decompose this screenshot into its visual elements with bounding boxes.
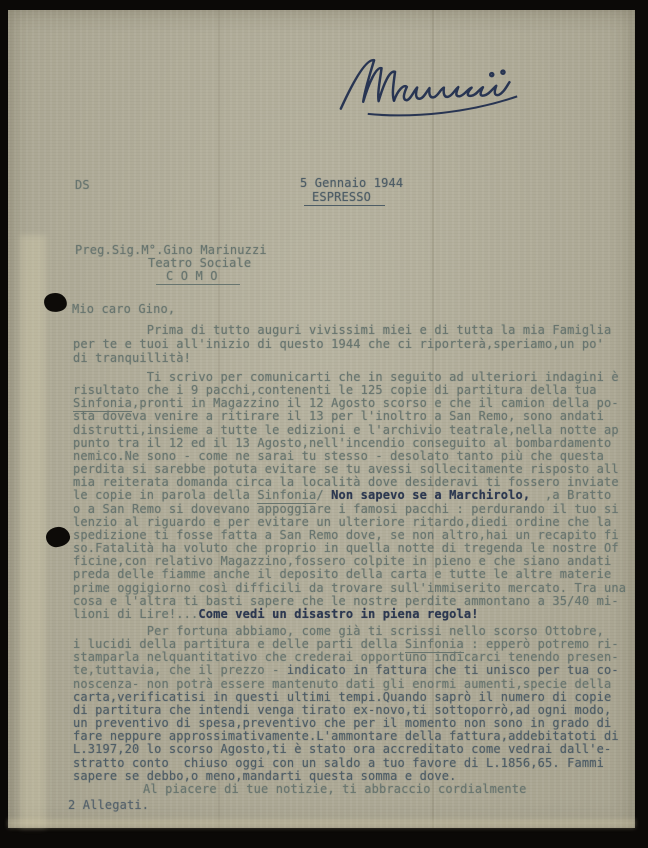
enclosures-note: 2 Allegati. xyxy=(68,798,149,812)
recipient-city: C O M O xyxy=(156,269,240,283)
letter-date: 5 Gennaio 1944 xyxy=(300,176,403,190)
paragraph-greetings: Prima di tutto auguri vivissimi miei e d… xyxy=(73,323,611,365)
typed-line: di tranquillità! xyxy=(73,351,611,365)
salutation: Mio caro Gino, xyxy=(72,302,175,316)
paragraph-bombing-loss: Ti scrivo per comunicarti che in seguito… xyxy=(73,371,626,621)
punch-hole-top xyxy=(43,291,68,313)
typed-line: Prima di tutto auguri vivissimi miei e d… xyxy=(73,323,611,337)
closing-line: Al piacere di tue notizie, ti abbraccio … xyxy=(143,782,526,796)
typed-line: per te e tuoi all'inizio di questo 1944 … xyxy=(73,337,611,351)
handwritten-signature-marinuzzi xyxy=(335,49,527,124)
recipient-name: Preg.Sig.M°.Gino Marinuzzi xyxy=(75,243,267,257)
paragraph-reprint-invoice: Per fortuna abbiamo, come già ti scrissi… xyxy=(73,625,619,783)
express-delivery-label: ESPRESSO xyxy=(304,190,385,204)
typed-line: sapere se debbo,o meno,mandarti questa s… xyxy=(73,770,619,783)
typist-reference: DS xyxy=(75,178,90,192)
under-sheet-edge xyxy=(20,235,46,828)
punch-hole-bottom xyxy=(45,526,71,548)
under-sheet-edge xyxy=(8,819,635,828)
typed-line: lioni di Lire!...Come vedi un disastro i… xyxy=(73,608,626,621)
recipient-theatre: Teatro Sociale xyxy=(148,256,251,270)
letter-page: DS 5 Gennaio 1944 ESPRESSO Preg.Sig.M°.G… xyxy=(8,10,635,828)
